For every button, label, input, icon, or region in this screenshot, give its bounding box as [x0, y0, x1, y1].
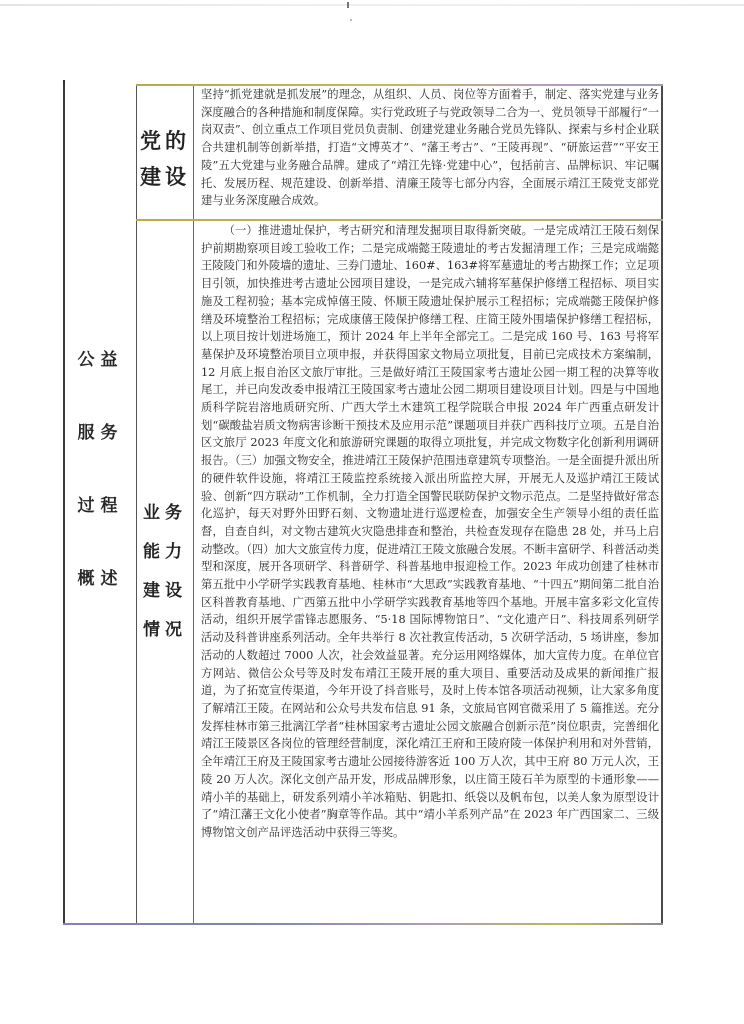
- row-divider: [136, 219, 663, 221]
- category-label-part: 过程: [78, 495, 124, 568]
- row-label-part: 党的: [140, 123, 190, 159]
- category-label-public-service-overview: 公益 服务 过程 概述: [65, 349, 136, 641]
- category-label-part: 服务: [78, 422, 124, 495]
- column-divider-label: [193, 84, 194, 925]
- row-label-part: 建设: [140, 159, 190, 195]
- category-label-part: 公益: [78, 349, 124, 422]
- scan-mark: [347, 2, 349, 8]
- scan-edge-line: [0, 4, 744, 6]
- row-label-part: 能力: [143, 533, 187, 572]
- business-capacity-content: （一）推进遗址保护，考古研究和清理发掘项目取得新突破。一是完成靖江王陵石刻保护前…: [201, 222, 659, 842]
- scan-dot: [350, 19, 352, 21]
- category-label-part: 概述: [78, 568, 124, 641]
- row-label-business-capacity: 业务 能力 建设 情况: [137, 492, 193, 652]
- party-building-content: 坚持“抓党建就是抓发展”的理念，从组织、人员、岗位等方面着手，制定、落实党建与业…: [201, 86, 659, 210]
- table-border-right: [661, 84, 663, 925]
- row-label-part: 业务: [143, 494, 187, 533]
- row-label-party-building: 党的 建设: [137, 114, 193, 204]
- row-label-part: 情况: [143, 611, 187, 650]
- report-table: 公益 服务 过程 概述 党的 建设 坚持“抓党建就是抓发展”的理念，从组织、人员…: [63, 84, 663, 925]
- row-label-part: 建设: [143, 572, 187, 611]
- table-border-bottom: [63, 923, 663, 925]
